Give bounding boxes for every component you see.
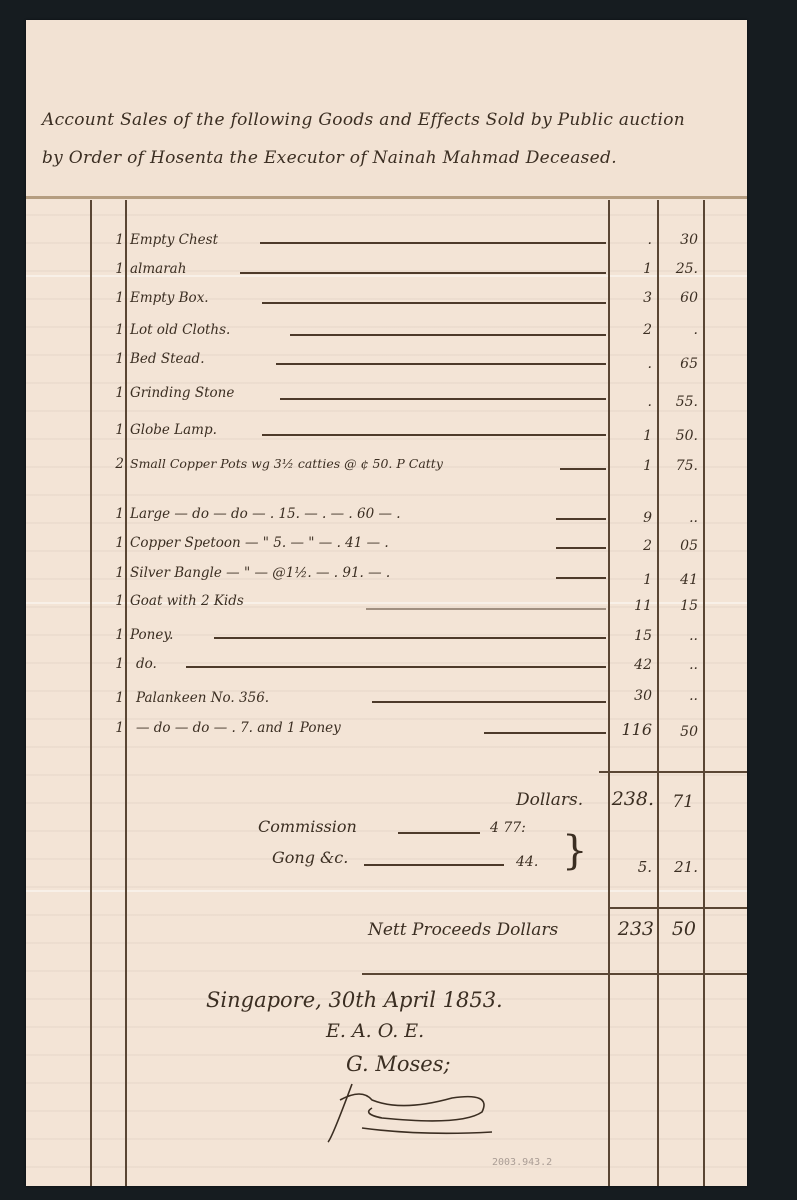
subtotal-cents: 71	[664, 792, 694, 812]
gong-label: Gong &c.	[272, 848, 348, 867]
item-dollars: 42	[614, 657, 652, 673]
leader-rule	[556, 547, 606, 549]
item-qty: 1	[110, 535, 124, 551]
leader-rule	[364, 864, 504, 866]
item-dollars: 15	[614, 628, 652, 644]
item-description: Copper Spetoon — " 5. — " — . 41 — .	[130, 535, 389, 551]
item-description: do.	[136, 656, 157, 672]
leader-rule	[366, 608, 606, 610]
item-dollars: .	[614, 394, 652, 410]
item-qty: 1	[110, 385, 124, 401]
margin-rule	[90, 200, 92, 1186]
net-cents: 50	[662, 918, 696, 940]
item-qty: 1	[110, 290, 124, 306]
title-line-2: by Order of Hosenta the Executor of Nain…	[42, 148, 617, 168]
leader-rule	[556, 518, 606, 520]
item-dollars: .	[614, 232, 652, 248]
item-dollars: 1	[614, 572, 652, 588]
item-dollars: 1	[614, 428, 652, 444]
item-description: Large — do — do — . 15. — . — . 60 — .	[130, 506, 401, 522]
item-description: — do — do — . 7. and 1 Poney	[136, 720, 341, 736]
net-top-rule	[608, 907, 747, 909]
item-qty: 1	[110, 720, 124, 736]
leader-rule	[262, 302, 606, 304]
leader-rule	[556, 577, 606, 579]
item-dollars: 116	[608, 720, 652, 739]
item-cents: 25.	[664, 261, 698, 277]
item-description: Poney.	[130, 627, 173, 643]
item-description: Goat with 2 Kids	[130, 593, 244, 609]
item-qty: 1	[110, 351, 124, 367]
dollars-rule	[608, 200, 610, 1186]
item-qty: 1	[110, 422, 124, 438]
item-dollars: 9	[614, 510, 652, 526]
item-qty: 1	[110, 322, 124, 338]
item-cents: 50.	[664, 428, 698, 444]
item-qty: 1	[110, 627, 124, 643]
leader-rule	[260, 242, 606, 244]
item-cents: 41	[664, 572, 698, 588]
leader-rule	[560, 468, 606, 470]
catalog-number: 2003.943.2	[492, 1157, 552, 1168]
leader-rule	[398, 832, 480, 834]
brace-icon: }	[562, 828, 587, 874]
item-dollars: 2	[614, 322, 652, 338]
item-description: Globe Lamp.	[130, 422, 217, 438]
leader-rule	[186, 666, 606, 668]
item-description: Empty Chest	[130, 232, 218, 248]
right-rule	[703, 200, 705, 1186]
item-cents: ..	[664, 510, 698, 526]
signature-flourish-icon	[322, 1078, 502, 1148]
item-dollars: .	[614, 356, 652, 372]
cents-rule	[657, 200, 659, 1186]
item-qty: 1	[110, 656, 124, 672]
qty-rule	[125, 200, 127, 1186]
item-qty: 1	[110, 690, 124, 706]
item-dollars: 11	[614, 598, 652, 614]
item-cents: ..	[664, 657, 698, 673]
leader-rule	[372, 701, 606, 703]
item-description: Small Copper Pots wg 3½ catties @ ¢ 50. …	[130, 456, 443, 471]
item-qty: 1	[110, 261, 124, 277]
subtotal-rule	[599, 771, 747, 773]
deductions-dollars: 5.	[614, 858, 652, 876]
leader-rule	[280, 398, 606, 400]
item-description: Bed Stead.	[130, 351, 205, 367]
item-description: almarah	[130, 261, 186, 277]
errors-omissions-excepted: E. A. O. E.	[326, 1020, 424, 1042]
leader-rule	[484, 732, 606, 734]
item-cents: 55.	[664, 394, 698, 410]
item-description: Silver Bangle — " — @1½. — . 91. — .	[130, 565, 390, 581]
place-date: Singapore, 30th April 1853.	[206, 988, 503, 1012]
leader-rule	[276, 363, 606, 365]
item-qty: 1	[110, 232, 124, 248]
item-qty: 1	[110, 593, 124, 609]
deductions-cents: 21.	[664, 858, 698, 876]
item-dollars: 1	[614, 458, 652, 474]
item-description: Empty Box.	[130, 290, 209, 306]
leader-rule	[290, 334, 606, 336]
fold-line	[26, 890, 747, 892]
subtotal-label: Dollars.	[516, 790, 583, 810]
item-cents: 65	[664, 356, 698, 372]
item-qty: 1	[110, 506, 124, 522]
item-cents: 60	[664, 290, 698, 306]
gong-amount: 44.	[516, 854, 538, 870]
item-description: Lot old Cloths.	[130, 322, 230, 338]
item-qty: 2	[110, 456, 124, 472]
title-line-1: Account Sales of the following Goods and…	[42, 110, 685, 130]
item-dollars: 2	[614, 538, 652, 554]
item-dollars: 30	[614, 688, 652, 704]
item-description: Grinding Stone	[130, 385, 234, 401]
item-description: Palankeen No. 356.	[136, 690, 269, 706]
item-cents: 50	[664, 724, 698, 740]
item-qty: 1	[110, 565, 124, 581]
item-cents: 30	[664, 232, 698, 248]
leader-rule	[214, 637, 606, 639]
commission-label: Commission	[258, 817, 357, 836]
item-cents: 15	[664, 598, 698, 614]
net-label: Nett Proceeds Dollars	[368, 920, 558, 940]
document-sheet: Account Sales of the following Goods and…	[26, 20, 747, 1186]
item-dollars: 1	[614, 261, 652, 277]
item-cents: 05	[664, 538, 698, 554]
item-dollars: 3	[614, 290, 652, 306]
item-cents: .	[664, 322, 698, 338]
item-cents: ..	[664, 688, 698, 704]
leader-rule	[240, 272, 606, 274]
net-dollars: 233	[606, 918, 654, 940]
item-cents: ..	[664, 628, 698, 644]
item-cents: 75.	[664, 458, 698, 474]
signature: G. Moses;	[346, 1052, 451, 1076]
net-bottom-rule	[362, 973, 747, 975]
subtotal-dollars: 238.	[608, 788, 654, 810]
leader-rule	[262, 434, 606, 436]
commission-amount: 4 77:	[490, 820, 526, 836]
